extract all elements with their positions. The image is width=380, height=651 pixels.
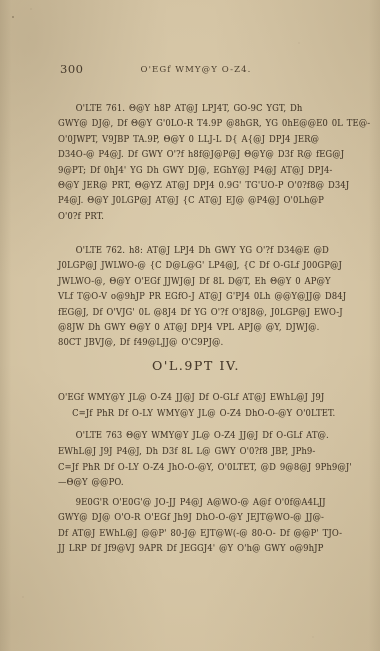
text-line: GWY@ DJ@ O'O-R O'EGf Jh9J DhO-O-@Y JEJT@…	[58, 510, 333, 525]
text-line: JWLWO-@, Θ@Y O'EGf JJWJ@J Df 8L D@T, Eh …	[58, 274, 333, 289]
text-line: EWhL@J J9J P4@J, Dh D3f 8L L@ GWY O'0?f8…	[58, 444, 333, 460]
paper-specks	[12, 16, 14, 18]
text-line: O'LTE 763 Θ@Y WMY@Y JL@ O-Z4 JJ@J Df O-G…	[58, 428, 333, 444]
text-line: 9@PT; Df 0hJ4' YG Dh GWY DJ@, EGhY@J P4@…	[58, 163, 333, 178]
text-line: @8JW Dh GWY Θ@Y 0 AT@J DPJ4 VPL APJ@ @Y,…	[58, 320, 333, 335]
text-line: C=Jf PhR Df O-LY WMY@Y JL@ O-Z4 DhO-O-@Y…	[58, 406, 333, 422]
text-line: 80CT JBVJ@, Df f49@LJJ@ O'C9PJ@.	[58, 335, 333, 350]
text-line: JJ LRP Df Jf9@VJ 9APR Df JEGGJ4' @Y O'h@…	[58, 541, 333, 556]
text-line: P4@J. Θ@Y J0LGP@J AT@J {C AT@J EJ@ @P4@J…	[58, 193, 333, 208]
book-page: 300 O'EGf WMY@Y O-Z4. O'LTE 761. Θ@Y h8P…	[0, 0, 380, 651]
text-line: 9E0G'R O'E0G'@ JO-JJ P4@J A@WO-@ A@f O'0…	[58, 495, 333, 510]
paragraph-763: O'LTE 763 Θ@Y WMY@Y JL@ O-Z4 JJ@J Df O-G…	[58, 428, 333, 491]
text-line: Θ@Y JER@ PRT, Θ@YZ AT@J DPJ4 0.9G' TG'UO…	[58, 178, 333, 193]
text-line: O'0?f PRT.	[58, 209, 333, 224]
text-line: —Θ@Y @@PO.	[58, 475, 333, 491]
text-line: GWY@ DJ@, Df Θ@Y G'0LO-R T4.9P @8hGR, YG…	[58, 116, 333, 131]
text-line: fEG@J, Df O'VJG' 0L @8J4 Df YG O'?f O'8J…	[58, 305, 333, 320]
section-intro: O'EGf WMY@Y JL@ O-Z4 JJ@J Df O-GLf AT@J …	[58, 390, 333, 422]
text-line: VLf T@O-V o@9hJP PR EGfO-J AT@J G'PJ4 0L…	[58, 289, 333, 304]
text-line: D34O-@ P4@J. Df GWY O'?f h8f@J@P@J Θ@Y@ …	[58, 147, 333, 162]
paragraph-762: O'LTE 762. h8: AT@J LPJ4 Dh GWY YG O'?f …	[58, 243, 333, 351]
text-line: O'EGf WMY@Y JL@ O-Z4 JJ@J Df O-GLf AT@J …	[58, 390, 333, 406]
text-line: O'LTE 761. Θ@Y h8P AT@J LPJ4T, GO-9C YGT…	[58, 101, 333, 116]
paragraph-closing: 9E0G'R O'E0G'@ JO-JJ P4@J A@WO-@ A@f O'0…	[58, 495, 333, 557]
text-line: C=Jf PhR Df O-LY O-Z4 JhO-O-@Y, O'0LTET,…	[58, 460, 333, 476]
page-header: 300 O'EGf WMY@Y O-Z4.	[58, 62, 334, 80]
text-line: Df AT@J EWhL@J @@P' 80-J@ EJT@W(-@ 80-O-…	[58, 526, 333, 541]
paragraph-761: O'LTE 761. Θ@Y h8P AT@J LPJ4T, GO-9C YGT…	[58, 101, 333, 224]
text-line: J0LGP@J JWLWO-@ {C D@L@G' LP4@J, {C Df O…	[58, 258, 333, 273]
running-title: O'EGf WMY@Y O-Z4.	[58, 65, 334, 75]
section-heading: O'L.9PT IV.	[58, 358, 334, 373]
text-line: O'LTE 762. h8: AT@J LPJ4 Dh GWY YG O'?f …	[58, 243, 333, 258]
text-line: O'0JWPT, V9JBP TA.9P, Θ@Y 0 LLJ-L D{ A{@…	[58, 132, 333, 147]
